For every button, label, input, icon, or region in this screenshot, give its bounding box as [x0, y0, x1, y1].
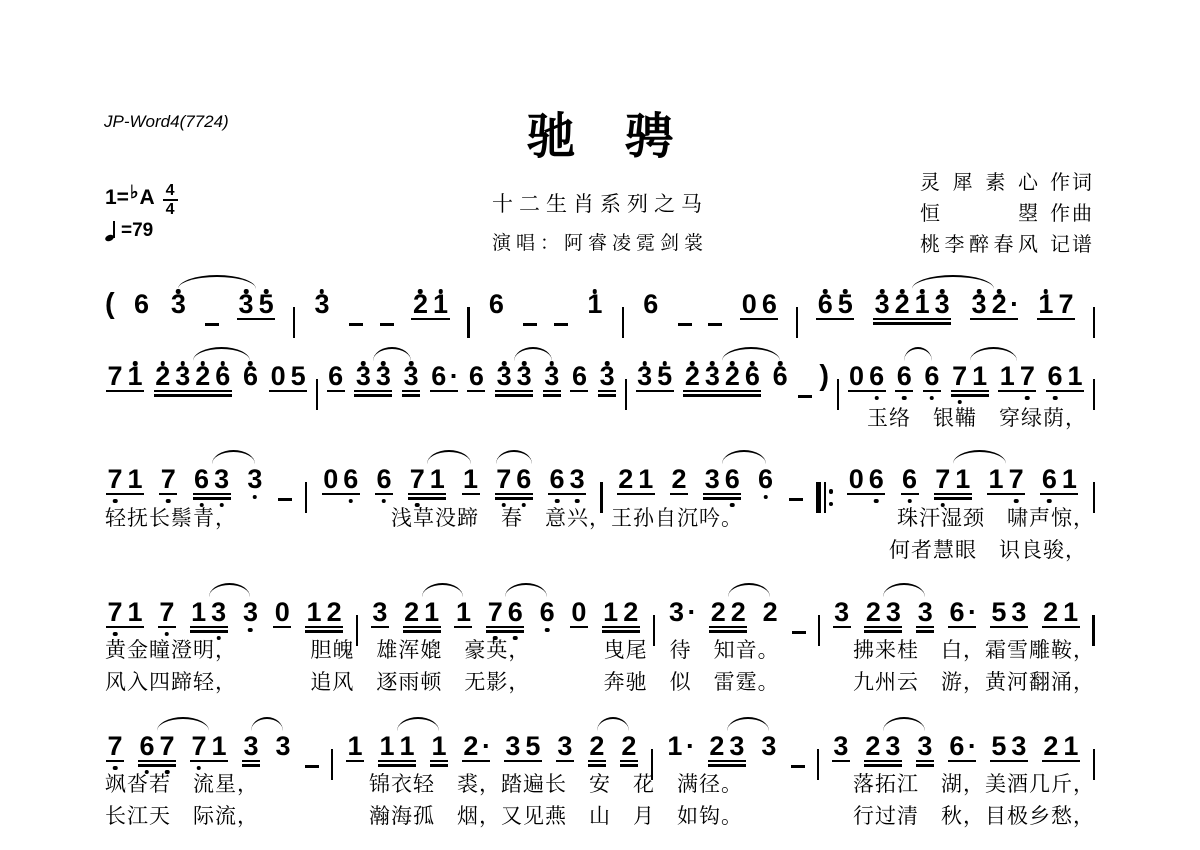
- note-digit: 1: [128, 598, 143, 626]
- note-token: 6: [569, 362, 589, 390]
- note-token: 21: [410, 290, 450, 318]
- note-digit: 7: [410, 465, 425, 493]
- note-digit: 1: [972, 362, 987, 390]
- note-token: 3: [915, 598, 935, 626]
- quarter-note-icon: [105, 219, 118, 242]
- lyric-row: 轻抚长鬃青，浅草没蹄 春 意兴，王孙自沉吟。珠汗湿颈 啸声惊，: [105, 502, 1095, 532]
- note-token: 6: [240, 362, 260, 390]
- note-digit: 3: [356, 362, 371, 390]
- tie-arc: [953, 450, 1006, 464]
- note-digit: 1: [456, 598, 471, 626]
- note-token: 1·: [665, 732, 695, 760]
- note-digit: 6: [869, 362, 884, 390]
- lyric-row: 风入四蹄轻，追风 逐雨顿 无影，奔驰 似 雷霆。九州云 游，黄河翻涌，: [105, 666, 1095, 696]
- note-digit: 6: [508, 598, 523, 626]
- note-token: 71: [189, 732, 229, 760]
- augmentation-dot: ·: [450, 362, 459, 390]
- note-token: 6: [756, 465, 776, 493]
- note-digit: 3: [600, 362, 615, 390]
- note-digit: 3: [243, 732, 258, 760]
- note-digit: 1: [989, 465, 1004, 493]
- note-digit: 2: [685, 362, 700, 390]
- credit-transcriber: 桃李醉春风 记谱: [920, 230, 1094, 261]
- note-digit: 1: [430, 465, 445, 493]
- note-token: 21: [616, 465, 656, 493]
- note-digit: 7: [159, 598, 174, 626]
- note-token: 3: [312, 290, 332, 318]
- note-token: 3: [168, 290, 188, 318]
- note-token: 65: [815, 290, 855, 318]
- note-token: 13: [189, 598, 229, 626]
- phrase-paren: ): [819, 362, 829, 390]
- note-digit: 7: [1009, 465, 1024, 493]
- note-digit: 6: [773, 362, 788, 390]
- note-digit: 5: [991, 732, 1006, 760]
- note-digit: 1: [431, 732, 446, 760]
- tie-arc: [397, 717, 439, 731]
- note-token: 6: [894, 362, 914, 390]
- note-token: 2·: [461, 732, 491, 760]
- note-digit: 1: [307, 598, 322, 626]
- note-token: 6·: [429, 362, 459, 390]
- note-digit: 3: [517, 362, 532, 390]
- note-token: 3: [759, 732, 779, 760]
- tie-arc: [904, 347, 932, 361]
- duration-dash: [789, 498, 803, 501]
- note-digit: 3: [972, 290, 987, 318]
- note-digit: 3: [918, 598, 933, 626]
- note-digit: 1: [128, 465, 143, 493]
- lyric-segment: 何者慧眼 识良骏，: [889, 534, 1087, 564]
- note-token: 6: [374, 465, 394, 493]
- note-token: 7: [105, 732, 125, 760]
- note-digit: 3: [314, 290, 329, 318]
- note-token: 11: [377, 732, 417, 760]
- note-token: 63: [192, 465, 232, 493]
- note-token: 6: [537, 598, 557, 626]
- time-signature: 4 4: [163, 183, 178, 217]
- note-digit: 1: [463, 465, 478, 493]
- note-digit: 5: [525, 732, 540, 760]
- note-digit: 3: [729, 732, 744, 760]
- note-digit: 3: [239, 290, 254, 318]
- note-token: 1: [453, 598, 473, 626]
- duration-dash: [554, 323, 568, 326]
- note-digit: 0: [323, 465, 338, 493]
- note-token: 3: [831, 732, 851, 760]
- note-digit: 3: [570, 465, 585, 493]
- note-digit: 7: [952, 362, 967, 390]
- note-digit: 3: [557, 732, 572, 760]
- lyric-segment: 轻抚长鬃青，: [105, 502, 237, 532]
- composer-name: 恒曌: [920, 199, 1038, 230]
- tie-arc: [212, 450, 255, 464]
- note-digit: 2: [895, 290, 910, 318]
- duration-dash: [278, 498, 292, 501]
- note-digit: 5: [657, 362, 672, 390]
- tie-arc: [597, 717, 629, 731]
- note-digit: 2: [992, 290, 1007, 318]
- augmentation-dot: ·: [687, 598, 696, 626]
- note-digit: 1: [212, 732, 227, 760]
- note-digit: 6: [516, 465, 531, 493]
- note-digit: 6: [725, 465, 740, 493]
- tie-arc: [970, 347, 1017, 361]
- note-digit: 1: [1068, 362, 1083, 390]
- lyric-segment: 黄金瞳澄明，: [105, 634, 237, 664]
- note-digit: 6: [215, 362, 230, 390]
- lyric-row: 何者慧眼 识良骏，: [105, 534, 1095, 564]
- note-token: 67: [137, 732, 177, 760]
- note-digit: 3: [544, 362, 559, 390]
- note-digit: 6: [643, 290, 658, 318]
- tie-arc: [427, 450, 471, 464]
- lyric-segment: 落拓江 湖，美酒几斤，: [853, 768, 1095, 798]
- note-digit: 3: [917, 732, 932, 760]
- lyric-segment: 珠汗湿颈 啸声惊，: [897, 502, 1095, 532]
- key-prefix: 1=: [105, 186, 129, 210]
- note-digit: 1: [1063, 732, 1078, 760]
- note-token: 1: [429, 732, 449, 760]
- note-token: 3: [832, 598, 852, 626]
- note-token: 3: [241, 732, 261, 760]
- note-digit: 0: [271, 362, 286, 390]
- credit-composer: 恒曌 作曲: [920, 199, 1094, 230]
- note-digit: 7: [161, 465, 176, 493]
- duration-dash: [678, 323, 692, 326]
- note-token: 21: [1041, 598, 1081, 626]
- note-digit: 1: [1063, 598, 1078, 626]
- note-token: 3: [542, 362, 562, 390]
- note-token: 6: [641, 290, 661, 318]
- meter-denominator: 4: [166, 202, 175, 217]
- note-digit: 2: [621, 732, 636, 760]
- note-token: 3: [240, 598, 260, 626]
- tie-arc: [157, 717, 209, 731]
- tie-arc: [422, 583, 463, 597]
- note-digit: 2: [866, 598, 881, 626]
- note-token: 3: [245, 465, 265, 493]
- note-digit: 7: [496, 465, 511, 493]
- note-digit: 6: [897, 362, 912, 390]
- note-token: 6: [132, 290, 152, 318]
- note-digit: 1: [128, 362, 143, 390]
- lyric-segment: 瀚海孤 烟，又见燕 山 月 如钩。: [369, 800, 743, 830]
- note-digit: 3: [171, 290, 186, 318]
- note-token: 06: [846, 465, 886, 493]
- note-digit: 7: [108, 362, 123, 390]
- note-digit: 3: [497, 362, 512, 390]
- tie-arc: [496, 450, 532, 464]
- note-token: 71: [105, 598, 145, 626]
- note-digit: 2: [709, 732, 724, 760]
- note-digit: 6: [762, 290, 777, 318]
- sheet-music-page: JP-Word4(7724) 驰 骋 十二生肖系列之马 演唱：阿睿凌霓剑裳 灵犀…: [0, 0, 1200, 850]
- barline: [467, 307, 469, 338]
- note-token: 05: [268, 362, 308, 390]
- note-digit: 1: [191, 598, 206, 626]
- note-digit: 2: [155, 362, 170, 390]
- note-digit: 6: [1042, 465, 1057, 493]
- lyric-row: 长江天 际流，瀚海孤 烟，又见燕 山 月 如钩。行过清 秋，目极乡愁，: [105, 800, 1095, 830]
- note-token: 63: [547, 465, 587, 493]
- tie-arc: [883, 583, 925, 597]
- tie-arc: [912, 275, 994, 289]
- note-digit: 7: [935, 465, 950, 493]
- note-token: 23: [707, 732, 747, 760]
- note-token: 6: [466, 362, 486, 390]
- note-token: 71: [407, 465, 447, 493]
- flat-icon: ♭: [130, 182, 139, 203]
- note-digit: 0: [275, 598, 290, 626]
- tie-arc: [727, 717, 769, 731]
- note-digit: 6: [745, 362, 760, 390]
- composer-role: 作曲: [1050, 199, 1094, 230]
- note-token: 32·: [969, 290, 1019, 318]
- note-digit: 0: [742, 290, 757, 318]
- tempo-marking: =79: [105, 219, 178, 242]
- note-digit: 0: [571, 598, 586, 626]
- duration-dash: [380, 323, 394, 326]
- note-digit: 5: [291, 362, 306, 390]
- tie-arc: [505, 583, 547, 597]
- note-digit: 2: [672, 465, 687, 493]
- note-token: 71: [933, 465, 973, 493]
- note-token: 3: [597, 362, 617, 390]
- lyric-segment: 风入四蹄轻，: [105, 666, 237, 696]
- note-digit: 3: [875, 290, 890, 318]
- song-title: 驰 骋: [0, 98, 1200, 168]
- note-digit: 3: [211, 598, 226, 626]
- note-token: 17: [997, 362, 1037, 390]
- note-token: 71: [105, 362, 145, 390]
- duration-dash: [798, 395, 812, 398]
- note-digit: 7: [108, 732, 123, 760]
- transcriber-role: 记谱: [1050, 230, 1094, 261]
- note-digit: 1: [1038, 290, 1053, 318]
- lyric-row: 黄金瞳澄明，胆魄 雄浑媲 豪英，曳尾 待 知音。拂来桂 白，霜雪雕鞍，: [105, 634, 1095, 664]
- credit-lyricist: 灵犀素心 作词: [920, 168, 1094, 199]
- lyric-segment: 曳尾 待 知音。: [604, 634, 780, 664]
- tie-arc: [722, 450, 766, 464]
- meter-numerator: 4: [166, 183, 175, 198]
- note-token: 53: [989, 598, 1029, 626]
- tie-arc: [178, 275, 256, 289]
- note-digit: 3: [833, 732, 848, 760]
- note-digit: 1: [603, 598, 618, 626]
- note-digit: 1: [379, 732, 394, 760]
- note-digit: 7: [488, 598, 503, 626]
- note-digit: 6: [243, 362, 258, 390]
- note-digit: 1: [1062, 465, 1077, 493]
- tie-arc: [883, 717, 925, 731]
- note-digit: 1: [433, 290, 448, 318]
- lyricist-role: 作词: [1050, 168, 1094, 199]
- note-digit: 6: [869, 465, 884, 493]
- note-digit: 3: [243, 598, 258, 626]
- note-digit: 2: [404, 598, 419, 626]
- note-digit: 2: [865, 732, 880, 760]
- note-digit: 3: [637, 362, 652, 390]
- note-token: 17: [986, 465, 1026, 493]
- note-digit: 7: [108, 598, 123, 626]
- augmentation-dot: ·: [968, 732, 977, 760]
- note-token: 71: [105, 465, 145, 493]
- note-digit: 7: [191, 732, 206, 760]
- note-digit: 0: [849, 465, 864, 493]
- note-digit: 5: [991, 598, 1006, 626]
- note-digit: 1: [424, 598, 439, 626]
- note-token: 6·: [947, 732, 977, 760]
- note-token: 23: [863, 598, 903, 626]
- note-token: 6: [900, 465, 920, 493]
- note-digit: 6: [139, 732, 154, 760]
- note-digit: 2: [589, 732, 604, 760]
- augmentation-dot: ·: [968, 598, 977, 626]
- note-digit: 6: [194, 465, 209, 493]
- note-digit: 3: [372, 598, 387, 626]
- note-digit: 1: [347, 732, 362, 760]
- note-token: 3: [273, 732, 293, 760]
- note-digit: 6: [489, 290, 504, 318]
- note-token: 23: [863, 732, 903, 760]
- barline: [1093, 307, 1095, 338]
- note-digit: 6: [376, 465, 391, 493]
- key-tempo-block: 1=♭A 4 4 =79: [105, 183, 178, 242]
- barline: [293, 307, 295, 338]
- note-digit: 3: [705, 465, 720, 493]
- note-token: 35: [503, 732, 543, 760]
- augmentation-dot: ·: [686, 732, 695, 760]
- note-token: 6: [326, 362, 346, 390]
- note-digit: 2: [731, 598, 746, 626]
- note-token: 61: [1045, 362, 1085, 390]
- note-token: 6: [770, 362, 790, 390]
- note-token: 33: [494, 362, 534, 390]
- lyric-segment: 奔驰 似 雷霆。: [604, 666, 780, 696]
- note-token: 53: [989, 732, 1029, 760]
- note-token: 6: [922, 362, 942, 390]
- duration-dash: [349, 323, 363, 326]
- note-digit: 6: [950, 598, 965, 626]
- note-digit: 6: [572, 362, 587, 390]
- note-digit: 3: [669, 598, 684, 626]
- duration-dash: [523, 323, 537, 326]
- note-token: 35: [236, 290, 276, 318]
- note-digit: 1: [915, 290, 930, 318]
- note-token: 06: [321, 465, 361, 493]
- note-digit: 1: [1000, 362, 1015, 390]
- note-digit: 7: [1020, 362, 1035, 390]
- note-digit: 3: [275, 732, 290, 760]
- note-digit: 2: [763, 598, 778, 626]
- note-token: 2326: [153, 362, 233, 390]
- augmentation-dot: ·: [482, 732, 491, 760]
- note-token: 3213: [872, 290, 952, 318]
- note-digit: 2: [327, 598, 342, 626]
- tie-arc: [209, 583, 250, 597]
- note-digit: 6: [550, 465, 565, 493]
- note-digit: 3: [761, 732, 776, 760]
- note-token: 61: [1039, 465, 1079, 493]
- note-digit: 6: [924, 362, 939, 390]
- note-token: 22: [708, 598, 748, 626]
- note-token: 3: [401, 362, 421, 390]
- augmentation-dot: ·: [1010, 290, 1019, 318]
- lyric-segment: 九州云 游，黄河翻涌，: [853, 666, 1095, 696]
- note-token: 12: [304, 598, 344, 626]
- note-digit: 3: [175, 362, 190, 390]
- transcriber-name: 桃李醉春风: [920, 230, 1038, 261]
- note-digit: 2: [711, 598, 726, 626]
- barline: [622, 307, 624, 338]
- note-digit: 3: [404, 362, 419, 390]
- note-digit: 6: [818, 290, 833, 318]
- note-token: 21: [1041, 732, 1081, 760]
- note-token: 6: [486, 290, 506, 318]
- note-digit: 3: [1011, 732, 1026, 760]
- lyric-segment: 飒沓若 流星，: [105, 768, 259, 798]
- tie-arc: [373, 347, 411, 361]
- note-token: 3·: [666, 598, 696, 626]
- note-token: 0: [272, 598, 292, 626]
- note-token: 1: [345, 732, 365, 760]
- note-token: 71: [950, 362, 990, 390]
- note-digit: 3: [505, 732, 520, 760]
- tie-arc: [193, 347, 250, 361]
- note-token: 6·: [947, 598, 977, 626]
- note-digit: 3: [935, 290, 950, 318]
- note-token: 1: [461, 465, 481, 493]
- note-digit: 6: [949, 732, 964, 760]
- note-token: 2: [669, 465, 689, 493]
- note-token: 2326: [682, 362, 762, 390]
- note-digit: 6: [758, 465, 773, 493]
- note-digit: 6: [540, 598, 555, 626]
- phrase-paren: (: [105, 290, 115, 318]
- notation-line-2: 71232660563336·6333633523266)0666711761: [105, 344, 1095, 408]
- note-digit: 6: [431, 362, 446, 390]
- note-digit: 6: [134, 290, 149, 318]
- duration-dash: [205, 323, 219, 326]
- note-digit: 3: [1011, 598, 1026, 626]
- note-digit: 7: [108, 465, 123, 493]
- note-digit: 1: [955, 465, 970, 493]
- note-token: 7: [158, 465, 178, 493]
- note-digit: 1: [399, 732, 414, 760]
- note-token: 35: [635, 362, 675, 390]
- note-token: 3: [915, 732, 935, 760]
- tie-arc: [728, 583, 770, 597]
- note-token: 1: [585, 290, 605, 318]
- note-digit: 6: [469, 362, 484, 390]
- note-digit: 3: [885, 732, 900, 760]
- note-digit: 0: [849, 362, 864, 390]
- lyric-segment: 浅草没蹄 春 意兴，王孙自沉吟。: [391, 502, 743, 532]
- note-digit: 7: [1058, 290, 1073, 318]
- note-digit: 6: [328, 362, 343, 390]
- key-tonic: A: [139, 186, 154, 210]
- note-digit: 3: [834, 598, 849, 626]
- note-token: 12: [601, 598, 641, 626]
- tie-arc: [514, 347, 552, 361]
- lyric-segment: 锦衣轻 裘，踏遍长 安 花 满径。: [369, 768, 743, 798]
- lyric-segment: 行过清 秋，目极乡愁，: [853, 800, 1095, 830]
- note-digit: 3: [376, 362, 391, 390]
- note-digit: 7: [160, 732, 175, 760]
- lyricist-name: 灵犀素心: [920, 168, 1038, 199]
- note-digit: 2: [725, 362, 740, 390]
